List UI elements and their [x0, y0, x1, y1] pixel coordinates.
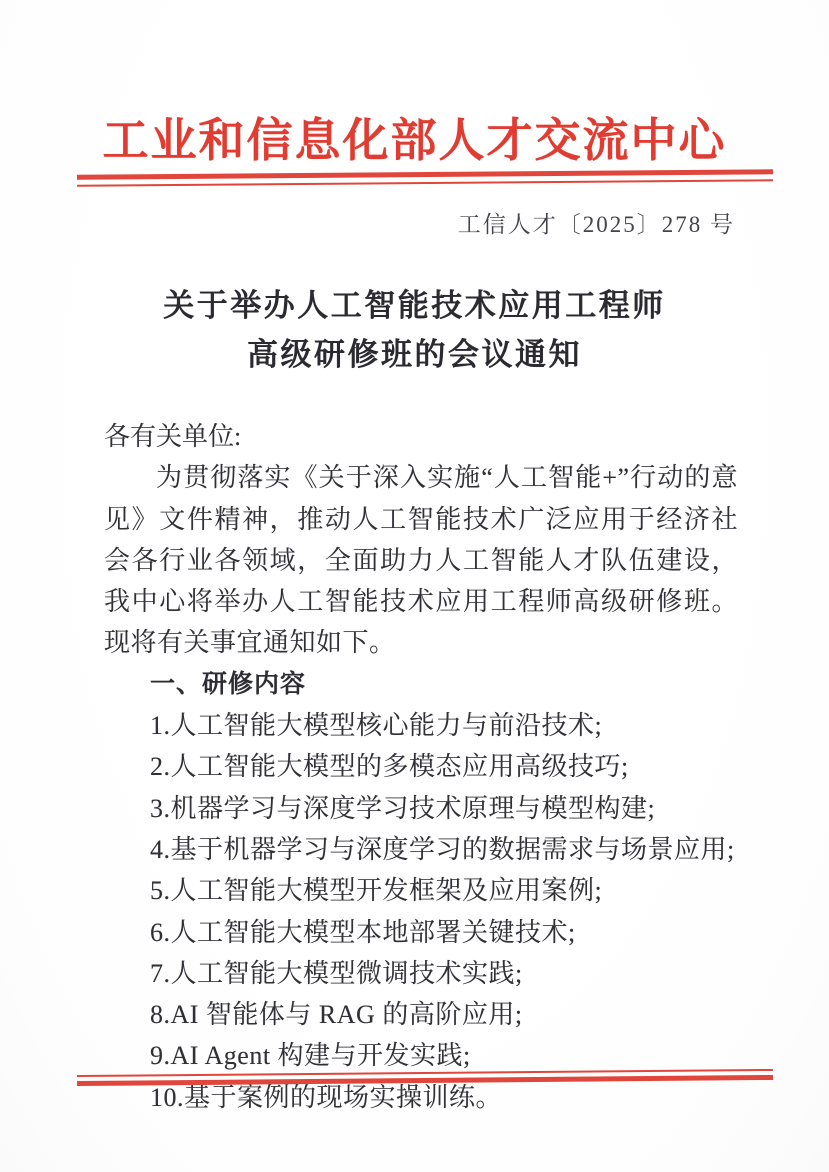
- list-item: 1.人工智能大模型核心能力与前沿技术;: [104, 705, 738, 746]
- list-item: 4.基于机器学习与深度学习的数据需求与场景应用;: [104, 829, 738, 870]
- intro-paragraph: 为贯彻落实《关于深入实施“人工智能+”行动的意见》文件精神，推动人工智能技术广泛…: [104, 457, 738, 663]
- doc-number: 工信人才〔2025〕278 号: [458, 206, 735, 239]
- list-item: 6.人工智能大模型本地部署关键技术;: [104, 912, 738, 953]
- document-title-line2: 高级研修班的会议通知: [0, 330, 829, 379]
- document-body: 各有关单位: 为贯彻落实《关于深入实施“人工智能+”行动的意见》文件精神，推动人…: [104, 416, 738, 1118]
- list-item: 5.人工智能大模型开发框架及应用案例;: [104, 870, 738, 911]
- list-item: 8.AI 智能体与 RAG 的高阶应用;: [104, 994, 738, 1035]
- letterhead-org-name: 工业和信息化部人才交流中心: [0, 104, 829, 170]
- salutation: 各有关单位:: [104, 416, 738, 457]
- red-separator-top: [77, 169, 773, 186]
- list-item: 2.人工智能大模型的多模态应用高级技巧;: [104, 746, 738, 787]
- section-heading: 一、研修内容: [104, 664, 738, 705]
- list-item: 3.机器学习与深度学习技术原理与模型构建;: [104, 788, 738, 829]
- list-item: 7.人工智能大模型微调技术实践;: [104, 953, 738, 994]
- document-title-line1: 关于举办人工智能技术应用工程师: [0, 281, 829, 330]
- document-title: 关于举办人工智能技术应用工程师 高级研修班的会议通知: [0, 281, 829, 379]
- document-page: 工业和信息化部人才交流中心 工信人才〔2025〕278 号 关于举办人工智能技术…: [0, 0, 829, 1172]
